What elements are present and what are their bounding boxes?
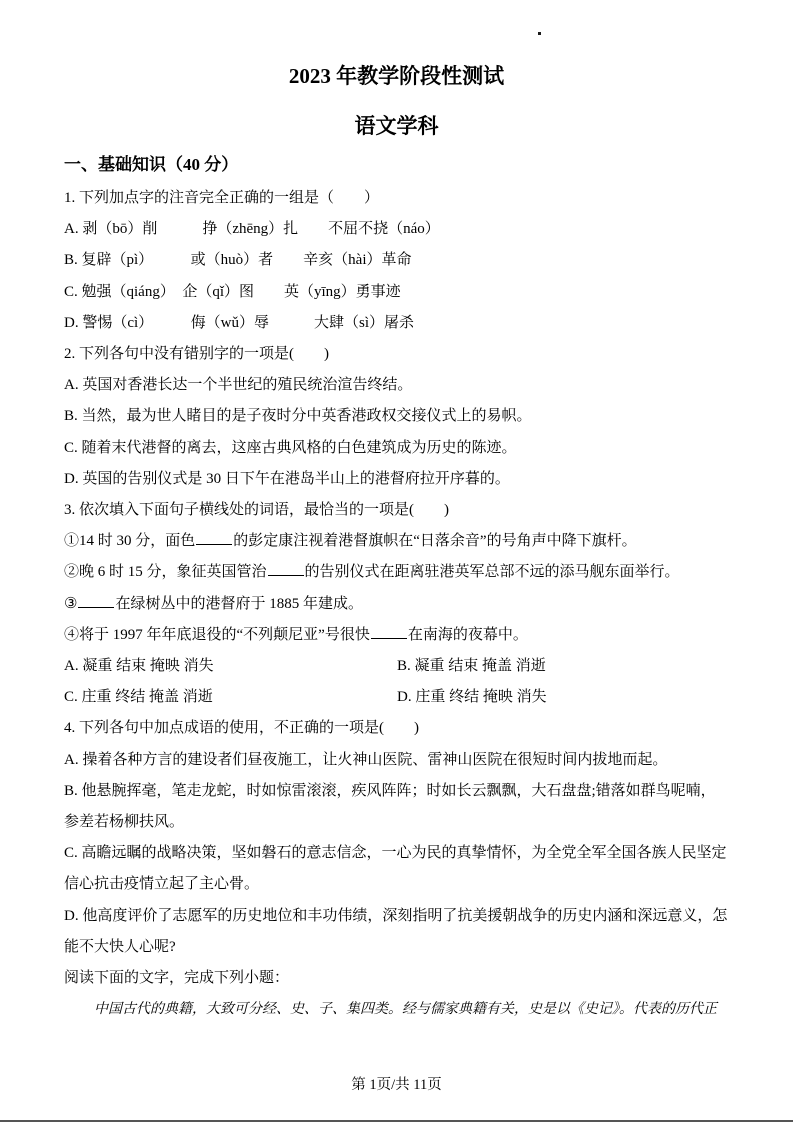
q2-option-a: A. 英国对香港长达一个半世纪的殖民统治渲告终结。 — [64, 370, 730, 401]
q3-sentence-4-pre: ④将于 1997 年年底退役的“不列颠尼亚”号很快 — [64, 627, 370, 643]
q3-options-row-1: A. 凝重 结束 掩映 消失 B. 凝重 结束 掩盖 消逝 — [64, 651, 730, 682]
q3-sentence-4-post: 在南海的夜幕中。 — [408, 627, 528, 643]
q1-option-b: B. 复辟（pì） 或（huò）者 辛亥（hài）革命 — [64, 245, 730, 276]
q3-sentence-3-blank — [78, 594, 114, 608]
reading-passage: 中国古代的典籍，大致可分经、史、子、集四类。经与儒家典籍有关，史是以《史记》。代… — [64, 994, 730, 1025]
q4-option-c: C. 高瞻远瞩的战略决策，坚如磐石的意志信念，一心为民的真挚情怀，为全党全军全国… — [64, 838, 730, 900]
q3-sentence-1: ①14 时 30 分，面色的彭定康注视着港督旗帜在“日落余音”的号角声中降下旗杆… — [64, 526, 730, 557]
reading-intro: 阅读下面的文字，完成下列小题： — [64, 963, 730, 994]
test-paper-page: 2023 年教学阶段性测试 语文学科 一、基础知识（40 分） 1. 下列加点字… — [0, 0, 793, 1122]
q4-option-d: D. 他高度评价了志愿军的历史地位和丰功伟绩，深刻指明了抗美援朝战争的历史内涵和… — [64, 901, 730, 963]
q2-option-b: B. 当然，最为世人睹目的是子夜时分中英香港政权交接仪式上的易帜。 — [64, 401, 730, 432]
q3-sentence-1-post: 的彭定康注视着港督旗帜在“日落余音”的号角声中降下旗杆。 — [233, 533, 636, 549]
q3-option-c: C. 庄重 终结 掩盖 消逝 — [64, 682, 397, 713]
q3-sentence-2-pre: ②晚 6 时 15 分，象征英国管治 — [64, 564, 267, 580]
q3-sentence-3-pre: ③ — [64, 596, 77, 612]
q1-stem: 1. 下列加点字的注音完全正确的一组是（ ） — [64, 183, 730, 214]
q3-options-row-2: C. 庄重 终结 掩盖 消逝 D. 庄重 终结 掩映 消失 — [64, 682, 730, 713]
q3-sentence-2: ②晚 6 时 15 分，象征英国管治的告别仪式在距离驻港英军总部不远的添马舰东面… — [64, 557, 730, 588]
q3-sentence-3: ③在绿树丛中的港督府于 1885 年建成。 — [64, 589, 730, 620]
q3-sentence-4: ④将于 1997 年年底退役的“不列颠尼亚”号很快在南海的夜幕中。 — [64, 620, 730, 651]
q3-sentence-3-post: 在绿树丛中的港督府于 1885 年建成。 — [115, 596, 363, 612]
q3-option-a: A. 凝重 结束 掩映 消失 — [64, 651, 397, 682]
paper-subject: 语文学科 — [0, 110, 793, 142]
q2-option-c: C. 随着末代港督的离去，这座古典风格的白色建筑成为历史的陈迹。 — [64, 433, 730, 464]
q4-stem: 4. 下列各句中加点成语的使用，不正确的一项是( ) — [64, 713, 730, 744]
q3-stem: 3. 依次填入下面句子横线处的词语，最恰当的一项是( ) — [64, 495, 730, 526]
q3-sentence-2-post: 的告别仪式在距离驻港英军总部不远的添马舰东面举行。 — [305, 564, 680, 580]
paper-body: 一、基础知识（40 分） 1. 下列加点字的注音完全正确的一组是（ ） A. 剥… — [64, 150, 730, 1025]
q2-stem: 2. 下列各句中没有错别字的一项是( ) — [64, 339, 730, 370]
q4-option-b: B. 他悬腕挥毫，笔走龙蛇，时如惊雷滚滚，疾风阵阵；时如长云飘飘，大石盘盘;错落… — [64, 776, 730, 838]
q3-sentence-4-blank — [371, 625, 407, 639]
q3-sentence-1-blank — [196, 531, 232, 545]
q1-option-a: A. 剥（bō）削 挣（zhēng）扎 不屈不挠（náo） — [64, 214, 730, 245]
paper-title: 2023 年教学阶段性测试 — [0, 60, 793, 92]
q3-option-b: B. 凝重 结束 掩盖 消逝 — [397, 651, 730, 682]
q3-sentence-1-pre: ①14 时 30 分，面色 — [64, 533, 195, 549]
q4-option-a: A. 操着各种方言的建设者们昼夜施工，让火神山医院、雷神山医院在很短时间内拔地而… — [64, 745, 730, 776]
stray-dot-artifact — [538, 32, 541, 35]
q1-option-c: C. 勉强（qiáng） 企（qǐ）图 英（yīng）勇事迹 — [64, 277, 730, 308]
q3-sentence-2-blank — [268, 562, 304, 576]
page-indicator: 第 1页/共 11页 — [0, 1074, 793, 1096]
q3-option-d: D. 庄重 终结 掩映 消失 — [397, 682, 730, 713]
section-heading: 一、基础知识（40 分） — [64, 150, 730, 180]
q1-option-d: D. 警惕（cì） 侮（wǔ）辱 大肆（sì）屠杀 — [64, 308, 730, 339]
q2-option-d: D. 英国的告别仪式是 30 日下午在港岛半山上的港督府拉开序暮的。 — [64, 464, 730, 495]
